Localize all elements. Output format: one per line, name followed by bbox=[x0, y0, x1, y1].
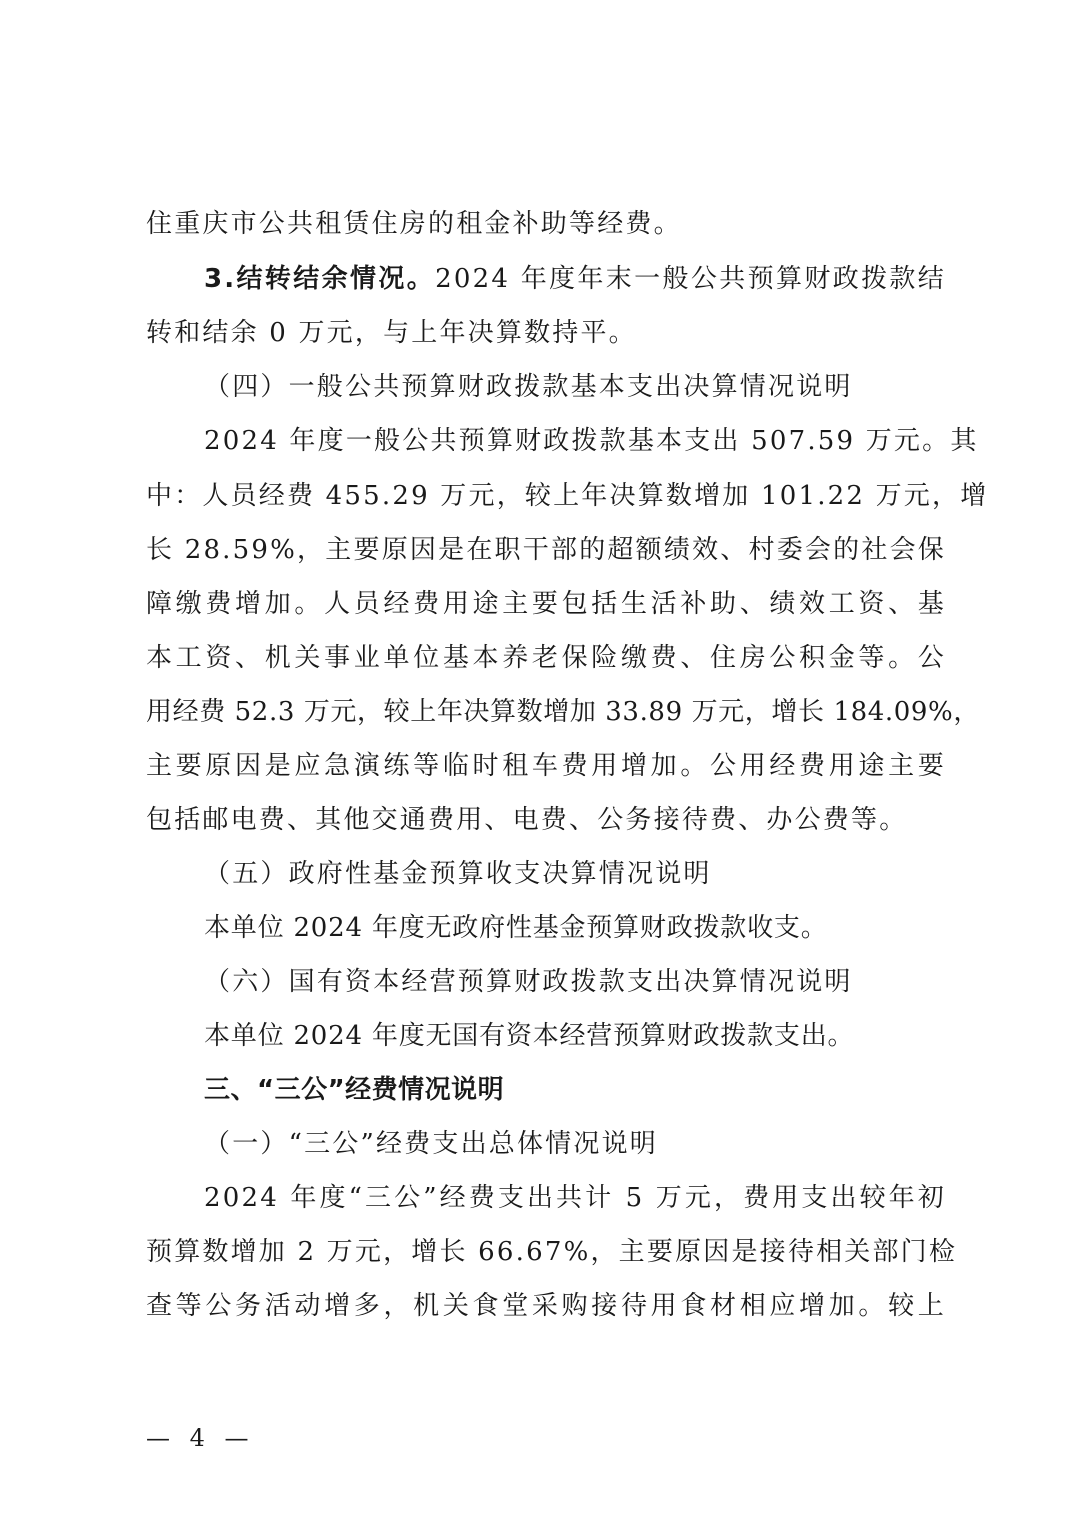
text-line-12: 包括邮电费、其他交通费用、电费、公务接待费、办公费等。 bbox=[146, 805, 946, 835]
section-heading-carryover: 3.结转结余情况。 bbox=[204, 264, 435, 294]
text-line-9: 本工资、机关事业单位基本养老保险缴费、住房公积金等。公 bbox=[146, 643, 946, 673]
page-number: — 4 — bbox=[146, 1424, 255, 1452]
text-line-1: 住重庆市公共租赁住房的租金补助等经费。 bbox=[146, 209, 946, 239]
text-line-5: 2024 年度一般公共预算财政拨款基本支出 507.59 万元。其 bbox=[204, 426, 946, 456]
text-line-8: 障缴费增加。人员经费用途主要包括生活补助、绩效工资、基 bbox=[146, 589, 946, 619]
text-line-7: 长 28.59%，主要原因是在职干部的超额绩效、村委会的社会保 bbox=[146, 535, 946, 565]
subsection-heading-6: （六）国有资本经营预算财政拨款支出决算情况说明 bbox=[204, 967, 1004, 997]
text-line-21: 查等公务活动增多，机关食堂采购接待用食材相应增加。较上 bbox=[146, 1291, 946, 1321]
paragraph-carryover-balance: 3.结转结余情况。2024 年度年末一般公共预算财政拨款结 bbox=[204, 264, 946, 294]
subsection-heading-1: （一）“三公”经费支出总体情况说明 bbox=[204, 1129, 1004, 1159]
section-heading-three-public-expenses: 三、“三公”经费情况说明 bbox=[204, 1075, 1004, 1105]
text-line-19: 2024 年度“三公”经费支出共计 5 万元，费用支出较年初 bbox=[204, 1183, 946, 1213]
text-line-3: 转和结余 0 万元，与上年决算数持平。 bbox=[146, 318, 946, 348]
text-line-2: 2024 年度年末一般公共预算财政拨款结 bbox=[435, 264, 946, 294]
text-line-14: 本单位 2024 年度无政府性基金预算财政拨款收支。 bbox=[204, 913, 1004, 943]
text-line-11: 主要原因是应急演练等临时租车费用增加。公用经费用途主要 bbox=[146, 751, 946, 781]
text-line-6: 中：人员经费 455.29 万元，较上年决算数增加 101.22 万元，增 bbox=[146, 481, 946, 511]
subsection-heading-5: （五）政府性基金预算收支决算情况说明 bbox=[204, 859, 1004, 889]
text-line-20: 预算数增加 2 万元，增长 66.67%，主要原因是接待相关部门检 bbox=[146, 1237, 946, 1267]
subsection-heading-4: （四）一般公共预算财政拨款基本支出决算情况说明 bbox=[204, 372, 1004, 402]
text-line-16: 本单位 2024 年度无国有资本经营预算财政拨款支出。 bbox=[204, 1021, 1004, 1051]
text-line-10: 用经费 52.3 万元，较上年决算数增加 33.89 万元，增长 184.09%… bbox=[146, 697, 946, 727]
